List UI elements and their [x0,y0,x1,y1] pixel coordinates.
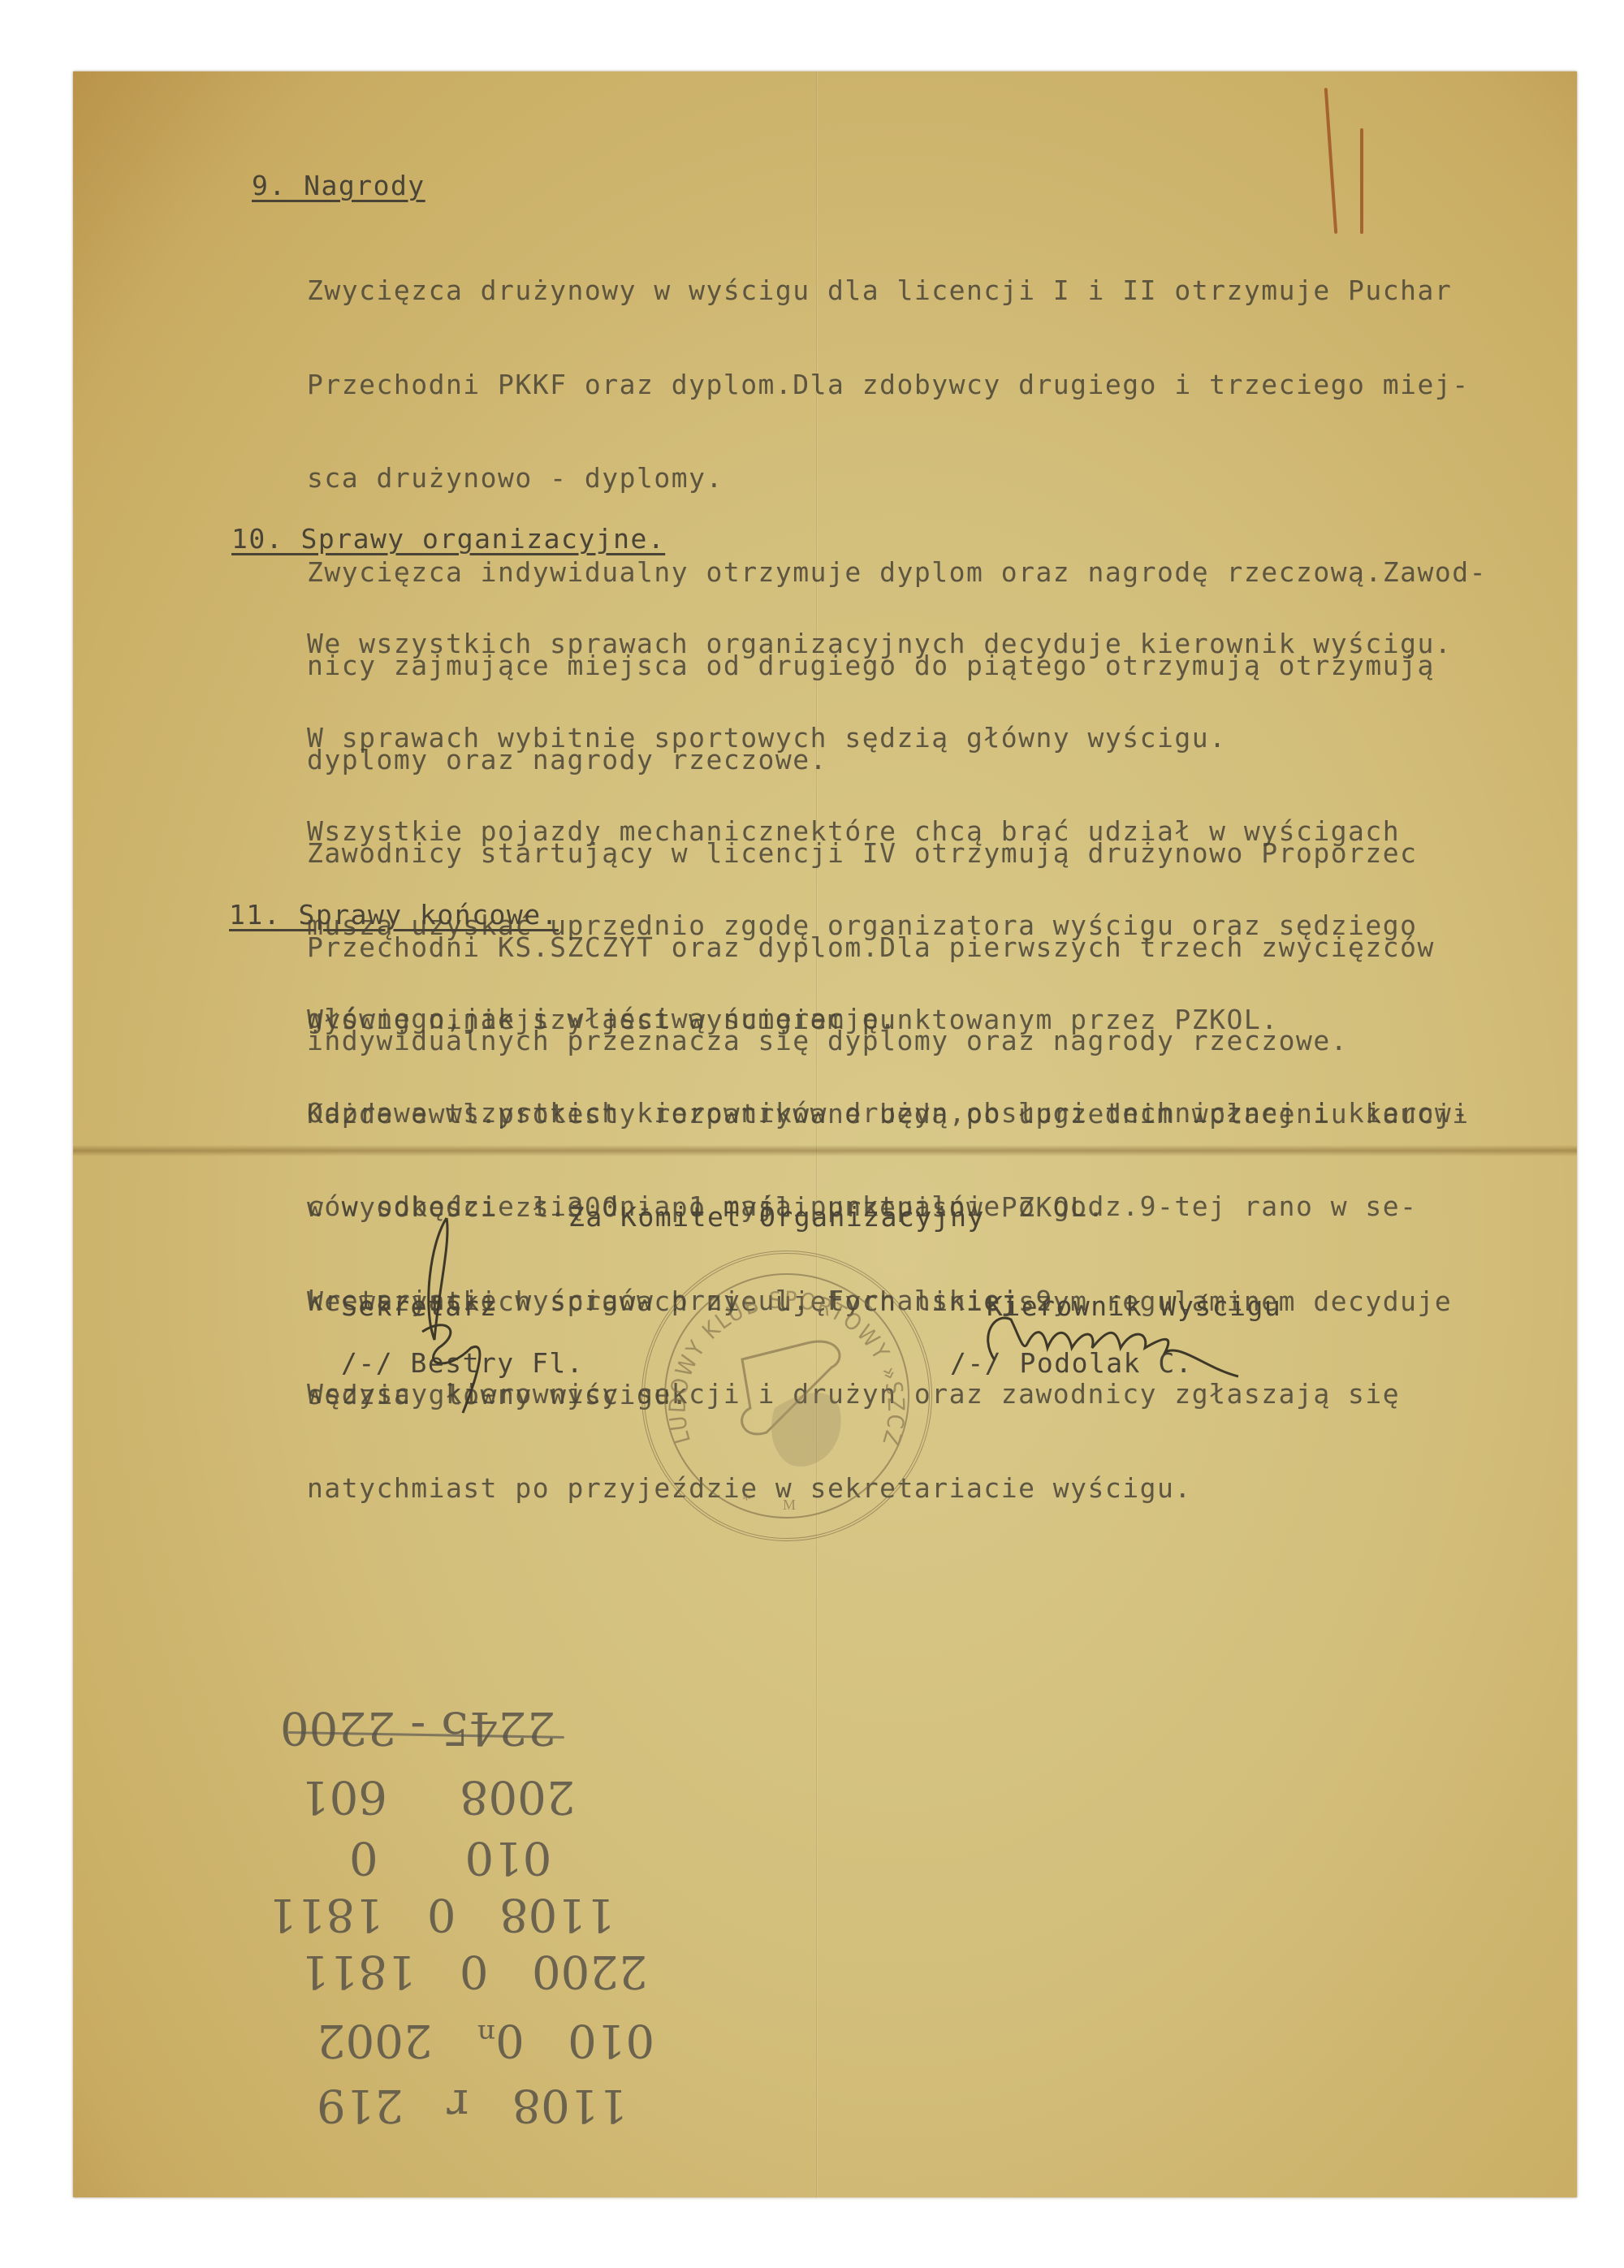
handwritten-note: 1108 r 219 [317,2079,628,2132]
handwritten-note: 010 0 [349,1831,551,1884]
race-director-signature [962,1303,1271,1393]
text-line: sca drużynowo - dyplomy. [307,463,1487,495]
handwritten-note: 2200 0 1811 [300,1945,647,1998]
club-stamp: LUDOWY KLUB SPORTOWY »SZCZYT« * M [641,1251,932,1541]
section-heading-10: 10. Sprawy organizacyjne. [231,524,665,555]
handwritten-note: 2008 601 [300,1770,575,1823]
text-line: Przechodni PKKF oraz dyplom.Dla zdobywcy… [307,369,1487,401]
committee-label: Za Komitet Organizacyjny [568,1202,985,1233]
text-line: Zwycięzca drużynowy w wyścigu dla licenc… [307,275,1487,307]
handwritten-note: 1108 0 1811 [268,1888,615,1941]
handwritten-note: 2245 - 2200 [280,1701,556,1754]
text-line: Wyścig niniejszy jest wyścigiem punktowa… [307,1004,1470,1036]
svg-text:M: M [783,1497,796,1513]
text-line: We wszystkich sprawach organizacyjnych d… [307,629,1470,660]
section-heading-11: 11. Sprawy końcowe. [229,900,559,931]
handwritten-note: 010 0ₙ 2002 [317,2014,654,2067]
svg-text:*: * [742,1489,751,1510]
secretary-signature [398,1210,512,1421]
section-heading-9: 9. Nagrody [252,171,425,202]
red-crease-mark [1324,88,1338,234]
text-line: Wszystkie pojazdy mechanicznektóre chcą … [307,816,1470,848]
text-line: Każde ewtl.protesty rozpatrywane będą po… [307,1099,1470,1130]
text-line: W sprawach wybitnie sportowych sędzią gł… [307,723,1470,754]
